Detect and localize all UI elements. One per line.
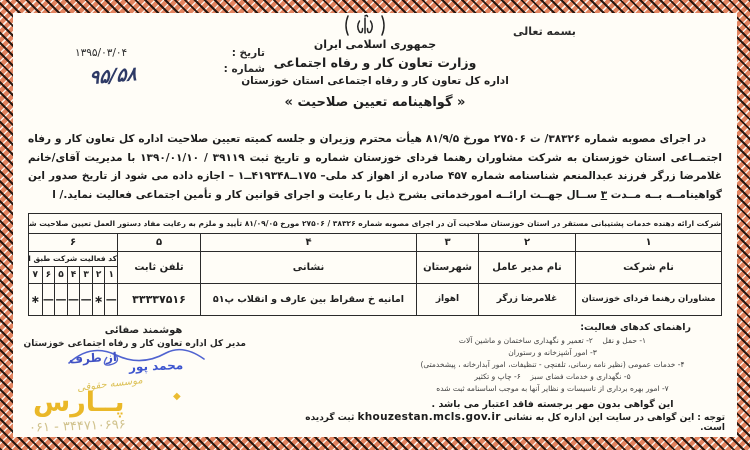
- code-value-3: —: [79, 284, 92, 315]
- header-city: شهرستان: [416, 252, 478, 283]
- code-number-7: ۷: [29, 267, 42, 283]
- cell-phone: ۳۳۳۳۷۵۱۶: [117, 284, 200, 315]
- table-header-row: نام شرکت نام مدیر عامل شهرستان نشانی تلف…: [29, 252, 721, 284]
- footer-prefix: توجه : این گواهی در سایت این اداره کل به…: [504, 413, 725, 423]
- guide-line-3: ۴- خدمات عمومی (نظیر نامه رسانی، تلفنچی …: [380, 359, 725, 371]
- director-name: هوشمند صفائی: [41, 325, 246, 336]
- header-phone: تلفن ثابت: [117, 252, 200, 283]
- code-value-7: ∗: [29, 284, 42, 315]
- activity-codes-guide: راهنمای کدهای فعالیت: ۱- حمل و نقل ۲- تع…: [380, 322, 725, 410]
- code-value-5: —: [54, 284, 67, 315]
- header-address: نشانی: [200, 252, 416, 283]
- body-text-part2: ســال جهــت ارائــه امورخدماتی بشرح ذیل …: [52, 189, 597, 201]
- cell-city: اهواز: [416, 284, 478, 315]
- code-number-4: ۴: [67, 267, 80, 283]
- watermark-institute-name: پــارس: [33, 387, 125, 418]
- header-activity-codes: کد فعالیت شرکت طبق اساسنامه ۱ ۲ ۳ ۴ ۵ ۶ …: [29, 252, 117, 283]
- activity-codes-label: کد فعالیت شرکت طبق اساسنامه: [29, 252, 117, 267]
- watermark-institute-script: موسسه حقوقی: [77, 375, 144, 394]
- number-label: شماره :: [224, 63, 265, 75]
- cell-ceo: غلامرضا زرگر: [478, 284, 575, 315]
- cell-address: امانیه خ سقراط بین عارف و انقلاب پ۵۱: [200, 284, 416, 315]
- code-number-1: ۱: [104, 267, 117, 283]
- number-value-handwritten: ۹۵/۵۸: [89, 63, 137, 89]
- certificate-document: بسمه تعالی جمهوری اسلامی ایران وزارت تعا…: [0, 0, 750, 450]
- table-span-note: شرکت ارائه دهنده خدمات پشتیبانی مستقر در…: [29, 214, 721, 234]
- date-label: تاریخ :: [232, 47, 265, 59]
- code-number-3: ۳: [79, 267, 92, 283]
- col-number-1: ۱: [575, 234, 721, 251]
- code-value-1: —: [104, 284, 117, 315]
- cell-company: مشاوران رهنما فردای خوزستان: [575, 284, 721, 315]
- besmellah-text: بسمه تعالی: [513, 25, 576, 38]
- col-number-3: ۳: [416, 234, 478, 251]
- date-value: ۱۳۹۵/۰۳/۰۴: [75, 47, 127, 59]
- activity-code-numbers: ۱ ۲ ۳ ۴ ۵ ۶ ۷: [29, 267, 117, 283]
- signature-block: هوشمند صفائی مدیر کل اداره تعاون کار و ر…: [41, 325, 246, 349]
- registration-website-note: توجه : این گواهی در سایت این اداره کل به…: [280, 411, 725, 433]
- code-value-2: ∗: [92, 284, 105, 315]
- guide-line-4: ۵- نگهداری و خدمات فضای سبز ۶- چاپ و تکث…: [380, 371, 725, 383]
- watermark-phone: ۰۶۱ - ۳۴۴۷۱۰۶۹۶: [29, 417, 126, 435]
- embossed-seal-validity-note: این گواهی بدون مهر برجسته فاقد اعتبار می…: [380, 399, 725, 410]
- col-number-2: ۲: [478, 234, 575, 251]
- validity-duration-years: ۳: [601, 189, 607, 201]
- website-url: khouzestan.mcls.gov.ir: [358, 411, 501, 423]
- watermark-diamond-icon: ◆: [173, 391, 181, 402]
- body-paragraph: در اجرای مصوبه شماره ۳۸۳۲۶/ ت ۲۷۵۰۶ مورخ…: [28, 130, 722, 204]
- on-behalf-handwritten: از طرف: [69, 350, 118, 366]
- document-title: « گواهینامه تعیین صلاحیت »: [195, 95, 555, 110]
- col-number-4: ۴: [200, 234, 416, 251]
- table-column-numbers-row: ۱ ۲ ۳ ۴ ۵ ۶: [29, 234, 721, 252]
- table-data-row: مشاوران رهنما فردای خوزستان غلامرضا زرگر…: [29, 284, 721, 315]
- code-number-2: ۲: [92, 267, 105, 283]
- code-value-6: —: [42, 284, 55, 315]
- cell-activity-codes: — ∗ — — — — ∗: [29, 284, 117, 315]
- col-number-5: ۵: [117, 234, 200, 251]
- code-value-4: —: [67, 284, 80, 315]
- code-number-5: ۵: [54, 267, 67, 283]
- competency-table: شرکت ارائه دهنده خدمات پشتیبانی مستقر در…: [28, 213, 722, 316]
- guide-line-2: ۳- امور آشپزخانه و رستوران: [380, 347, 725, 359]
- reference-block: تاریخ : ۱۳۹۵/۰۳/۰۴ شماره : ۹۵/۵۸: [75, 47, 265, 87]
- col-number-6: ۶: [29, 234, 117, 251]
- header-company: نام شرکت: [575, 252, 721, 283]
- guide-line-1: ۱- حمل و نقل ۲- تعمیر و نگهداری ساختمان …: [380, 335, 725, 347]
- certificate-paper: بسمه تعالی جمهوری اسلامی ایران وزارت تعا…: [13, 13, 737, 437]
- activity-code-values: — ∗ — — — — ∗: [29, 284, 117, 315]
- signer-name-handwritten: محمد پور: [129, 358, 184, 374]
- header-ceo: نام مدیر عامل: [478, 252, 575, 283]
- guide-line-5: ۷- امور بهره برداری از تاسیسات و نظایر آ…: [380, 383, 725, 395]
- code-number-6: ۶: [42, 267, 55, 283]
- guide-title: راهنمای کدهای فعالیت:: [380, 322, 725, 333]
